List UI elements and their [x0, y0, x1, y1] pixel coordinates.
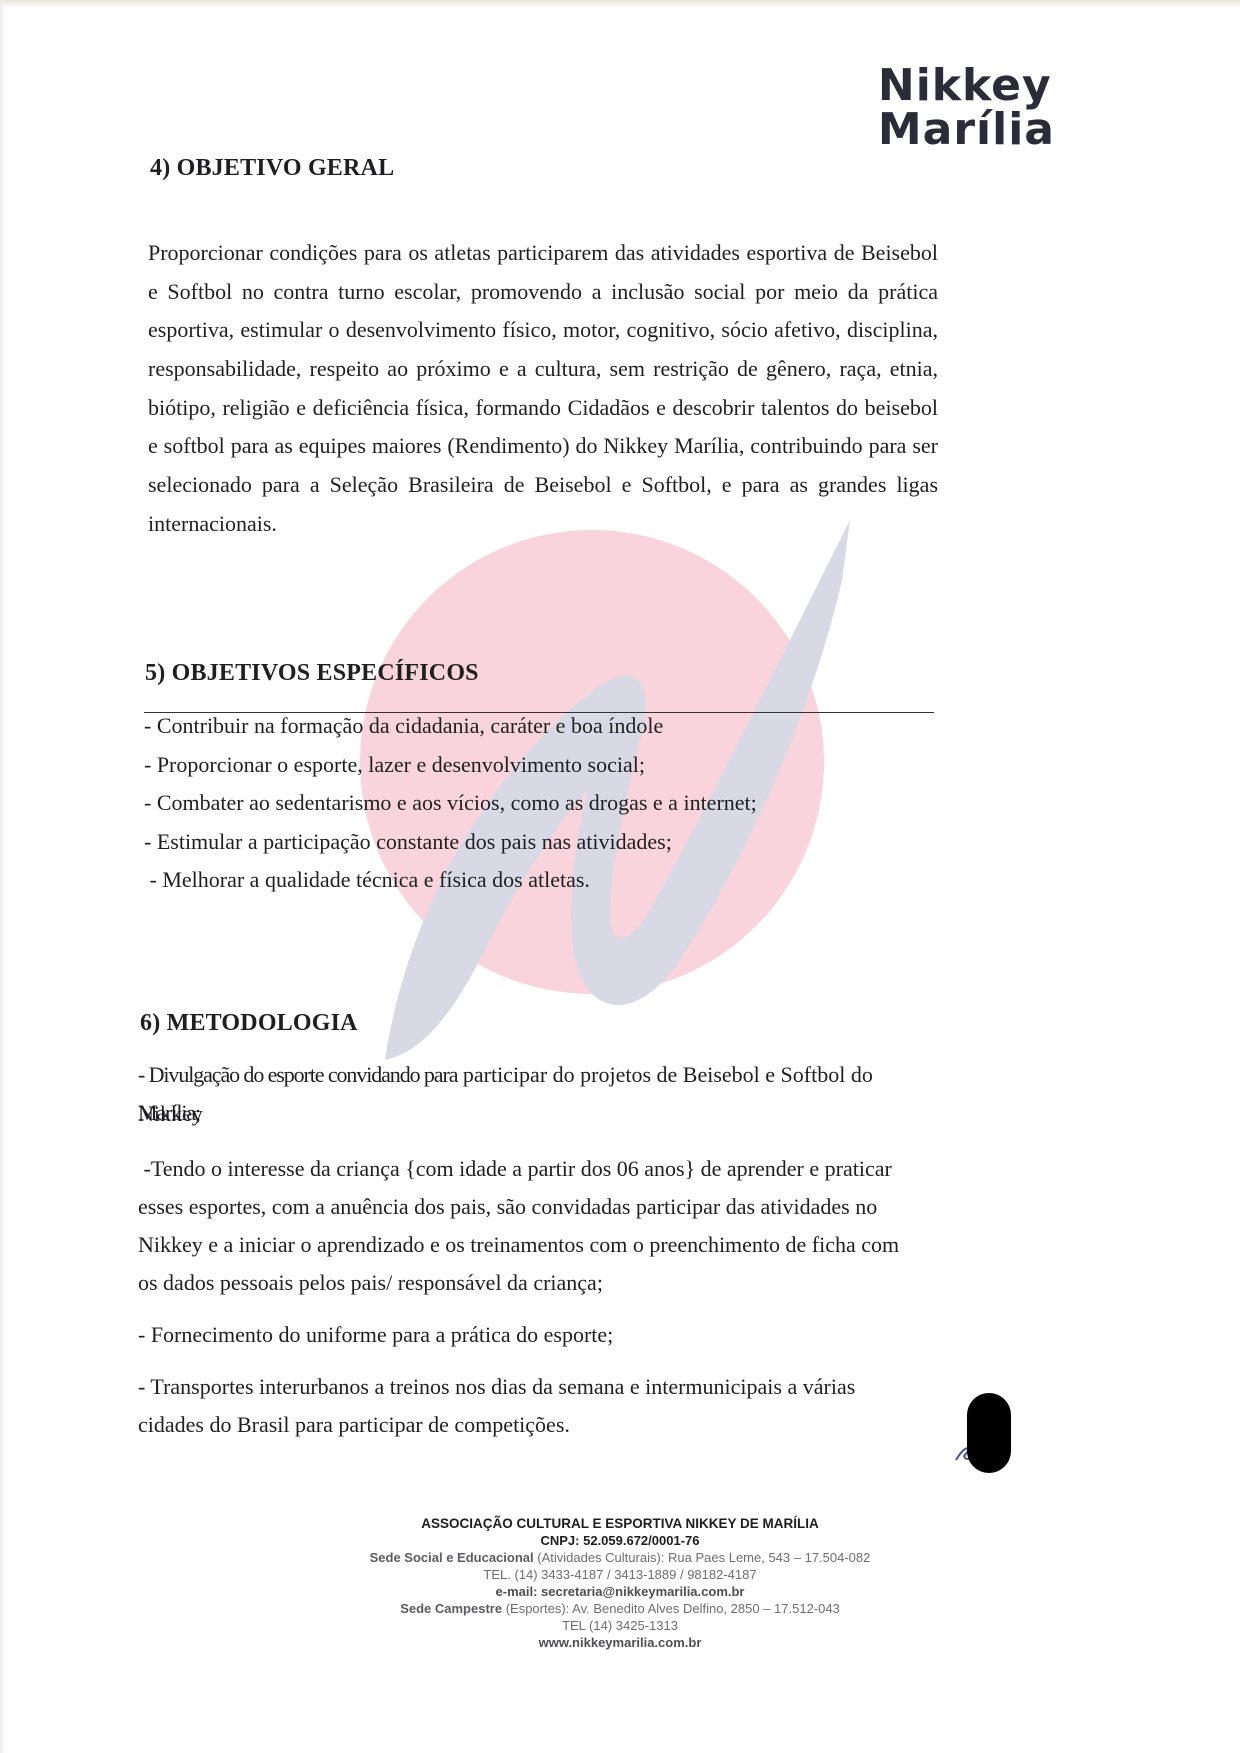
paragraph-line: Marília;: [138, 1094, 928, 1132]
nikkey-marilia-logo: Nikkey Marília: [878, 64, 1055, 152]
paragraph-line: e Softbol no contra turno escolar, promo…: [148, 273, 938, 312]
redaction-block: [967, 1393, 1011, 1473]
text-run: - Divulgação do esporte convidando para: [138, 1062, 457, 1087]
list-item: - Estimular a participação constante dos…: [144, 823, 944, 862]
paragraph-line: responsabilidade, respeito ao próximo e …: [148, 350, 938, 389]
list-item: - Melhorar a qualidade técnica e física …: [144, 861, 944, 900]
paragraph-line: os dados pessoais pelos pais/ responsáve…: [138, 1264, 928, 1302]
list-item: - Combater ao sedentarismo e aos vícios,…: [144, 784, 944, 823]
paragraph-line: esportiva, estimular o desenvolvimento f…: [148, 311, 938, 350]
footer-sede-campestre: Sede Campestre (Esportes): Av. Benedito …: [0, 1600, 1240, 1617]
section-title-metodologia: 6) METODOLOGIA: [140, 1010, 358, 1037]
paragraph-line: -Tendo o interesse da criança {com idade…: [138, 1150, 928, 1188]
metodologia-body: - Divulgação do esporte convidando para …: [138, 1056, 928, 1444]
list-item: - Contribuir na formação da cidadania, c…: [144, 707, 944, 746]
paragraph-line: e softbol para as equipes maiores (Rendi…: [148, 427, 938, 466]
list-item: - Proporcionar o esporte, lazer e desenv…: [144, 746, 944, 785]
footer-email: e-mail: secretaria@nikkeymarilia.com.br: [0, 1583, 1240, 1600]
paragraph-line: esses esportes, com a anuência dos pais,…: [138, 1188, 928, 1226]
footer-website: www.nikkeymarilia.com.br: [0, 1634, 1240, 1651]
logo-line-1: Nikkey: [878, 64, 1055, 108]
paragraph-line: selecionado para a Seleção Brasileira de…: [148, 466, 938, 505]
paragraph-line: Proporcionar condições para os atletas p…: [148, 234, 938, 273]
scan-edge-artifact: [0, 0, 1240, 8]
footer-sede-campestre-label: Sede Campestre: [400, 1601, 502, 1616]
paragraph-line: Nikkey e a iniciar o aprendizado e os tr…: [138, 1226, 928, 1264]
footer-sede-campestre-detail: (Esportes): Av. Benedito Alves Delfino, …: [502, 1601, 840, 1616]
paragraph-line: - Fornecimento do uniforme para a prátic…: [138, 1316, 928, 1354]
logo-line-2: Marília: [878, 108, 1055, 152]
section-title-objetivo-geral: 4) OBJETIVO GERAL: [150, 155, 394, 182]
metodologia-item-transportes: - Transportes interurbanos a treinos nos…: [138, 1368, 928, 1444]
metodologia-item-interesse: -Tendo o interesse da criança {com idade…: [138, 1150, 928, 1302]
paragraph-line: biótipo, religião e deficiência física, …: [148, 389, 938, 428]
metodologia-item-uniforme: - Fornecimento do uniforme para a prátic…: [138, 1316, 928, 1354]
objetivo-geral-paragraph: Proporcionar condições para os atletas p…: [148, 234, 938, 544]
paragraph-line: cidades do Brasil para participar de com…: [138, 1406, 928, 1444]
section-title-objetivos-especificos: 5) OBJETIVOS ESPECÍFICOS: [145, 660, 479, 687]
metodologia-item-divulgacao: - Divulgação do esporte convidando para …: [138, 1056, 928, 1132]
footer-sede-social-label: Sede Social e Educacional: [370, 1550, 534, 1565]
objetivos-especificos-list: - Contribuir na formação da cidadania, c…: [144, 707, 944, 900]
paragraph-line: - Transportes interurbanos a treinos nos…: [138, 1368, 928, 1406]
paragraph-line: internacionais.: [148, 505, 938, 544]
letterhead-footer: ASSOCIAÇÃO CULTURAL E ESPORTIVA NIKKEY D…: [0, 1515, 1240, 1651]
footer-cnpj: CNPJ: 52.059.672/0001-76: [0, 1532, 1240, 1549]
footer-tel-1: TEL. (14) 3433-4187 / 3413-1889 / 98182-…: [0, 1566, 1240, 1583]
footer-sede-social: Sede Social e Educacional (Atividades Cu…: [0, 1549, 1240, 1566]
footer-org-name: ASSOCIAÇÃO CULTURAL E ESPORTIVA NIKKEY D…: [0, 1515, 1240, 1532]
scan-left-edge-artifact: [0, 0, 5, 1753]
footer-sede-social-detail: (Atividades Culturais): Rua Paes Leme, 5…: [534, 1550, 871, 1565]
footer-tel-2: TEL (14) 3425-1313: [0, 1617, 1240, 1634]
